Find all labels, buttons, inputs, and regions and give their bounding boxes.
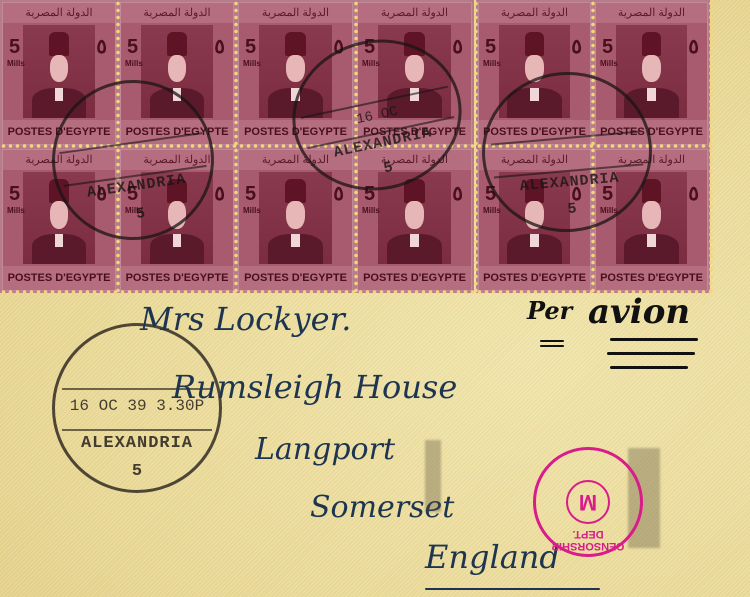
airmail-underline — [610, 338, 698, 341]
address-name: Mrs Lockyer. — [140, 300, 351, 338]
stamp-arabic-header: الدولة المصرية — [358, 3, 471, 23]
stamp-value: 5 — [127, 37, 138, 57]
postmark-office: 5 — [55, 462, 219, 481]
envelope: الدولة المصرية 5 Mills ٥ POSTES D'EGYPTE… — [0, 0, 750, 597]
stamp-value-arabic: ٥ — [688, 184, 699, 204]
stamp-country: POSTES D'EGYPTE — [239, 266, 352, 290]
stamp-arabic-header: الدولة المصرية — [239, 3, 352, 23]
stamp-value: 5 — [602, 37, 613, 57]
postmark-city: ALEXANDRIA — [55, 434, 219, 453]
stamp-value-arabic: ٥ — [96, 37, 107, 57]
postmark-date: 16 OC 39 — [70, 397, 147, 415]
stamp-value: 5 — [245, 184, 256, 204]
stamp-unit: Mills — [243, 206, 261, 215]
stamp-unit: Mills — [483, 59, 501, 68]
stamp-unit: Mills — [7, 59, 25, 68]
stamp-unit: Mills — [125, 59, 143, 68]
airmail-underline — [610, 366, 688, 369]
stamp-value: 5 — [9, 184, 20, 204]
stamp-arabic-header: الدولة المصرية — [121, 3, 233, 23]
address-town: Langport — [255, 432, 395, 467]
stamp-country: POSTES D'EGYPTE — [121, 266, 233, 290]
stamp-unit: Mills — [600, 59, 618, 68]
stamp-country: POSTES D'EGYPTE — [479, 266, 590, 290]
tape-residue — [425, 440, 441, 512]
stamp-value-arabic: ٥ — [571, 37, 582, 57]
stamp-country: POSTES D'EGYPTE — [596, 266, 707, 290]
address-underline — [425, 588, 600, 590]
stamp-unit: Mills — [362, 206, 380, 215]
stamp-country: POSTES D'EGYPTE — [358, 266, 471, 290]
stamp-value-arabic: ٥ — [452, 37, 463, 57]
stamp-unit: Mills — [7, 206, 25, 215]
airmail-underline — [607, 352, 695, 355]
airmail-per: Per — [527, 296, 572, 325]
address-house: Rumsleigh House — [172, 368, 457, 406]
stamp-value-arabic: ٥ — [214, 37, 225, 57]
stamp-country: POSTES D'EGYPTE — [3, 266, 115, 290]
airmail-underline — [540, 345, 564, 347]
censor-ring-text: CENSORSHIP DEPT. — [536, 528, 640, 552]
censor-center: M — [566, 480, 610, 524]
stamp-unit: Mills — [243, 59, 261, 68]
stamp-arabic-header: الدولة المصرية — [479, 3, 590, 23]
stamp-value: 5 — [9, 37, 20, 57]
postmark-alexandria: 16 OC 39 3.30P ALEXANDRIA 5 — [52, 323, 222, 493]
stamp-value-arabic: ٥ — [688, 37, 699, 57]
stamp-value-arabic: ٥ — [452, 184, 463, 204]
stamp-value: 5 — [485, 37, 496, 57]
airmail-underline — [540, 340, 564, 342]
stamp-value: 5 — [245, 37, 256, 57]
censor-mark: CENSORSHIP DEPT. M — [533, 447, 643, 557]
stamp-arabic-header: الدولة المصرية — [3, 3, 115, 23]
airmail-avion: avion — [588, 292, 690, 332]
stamp-arabic-header: الدولة المصرية — [596, 3, 707, 23]
